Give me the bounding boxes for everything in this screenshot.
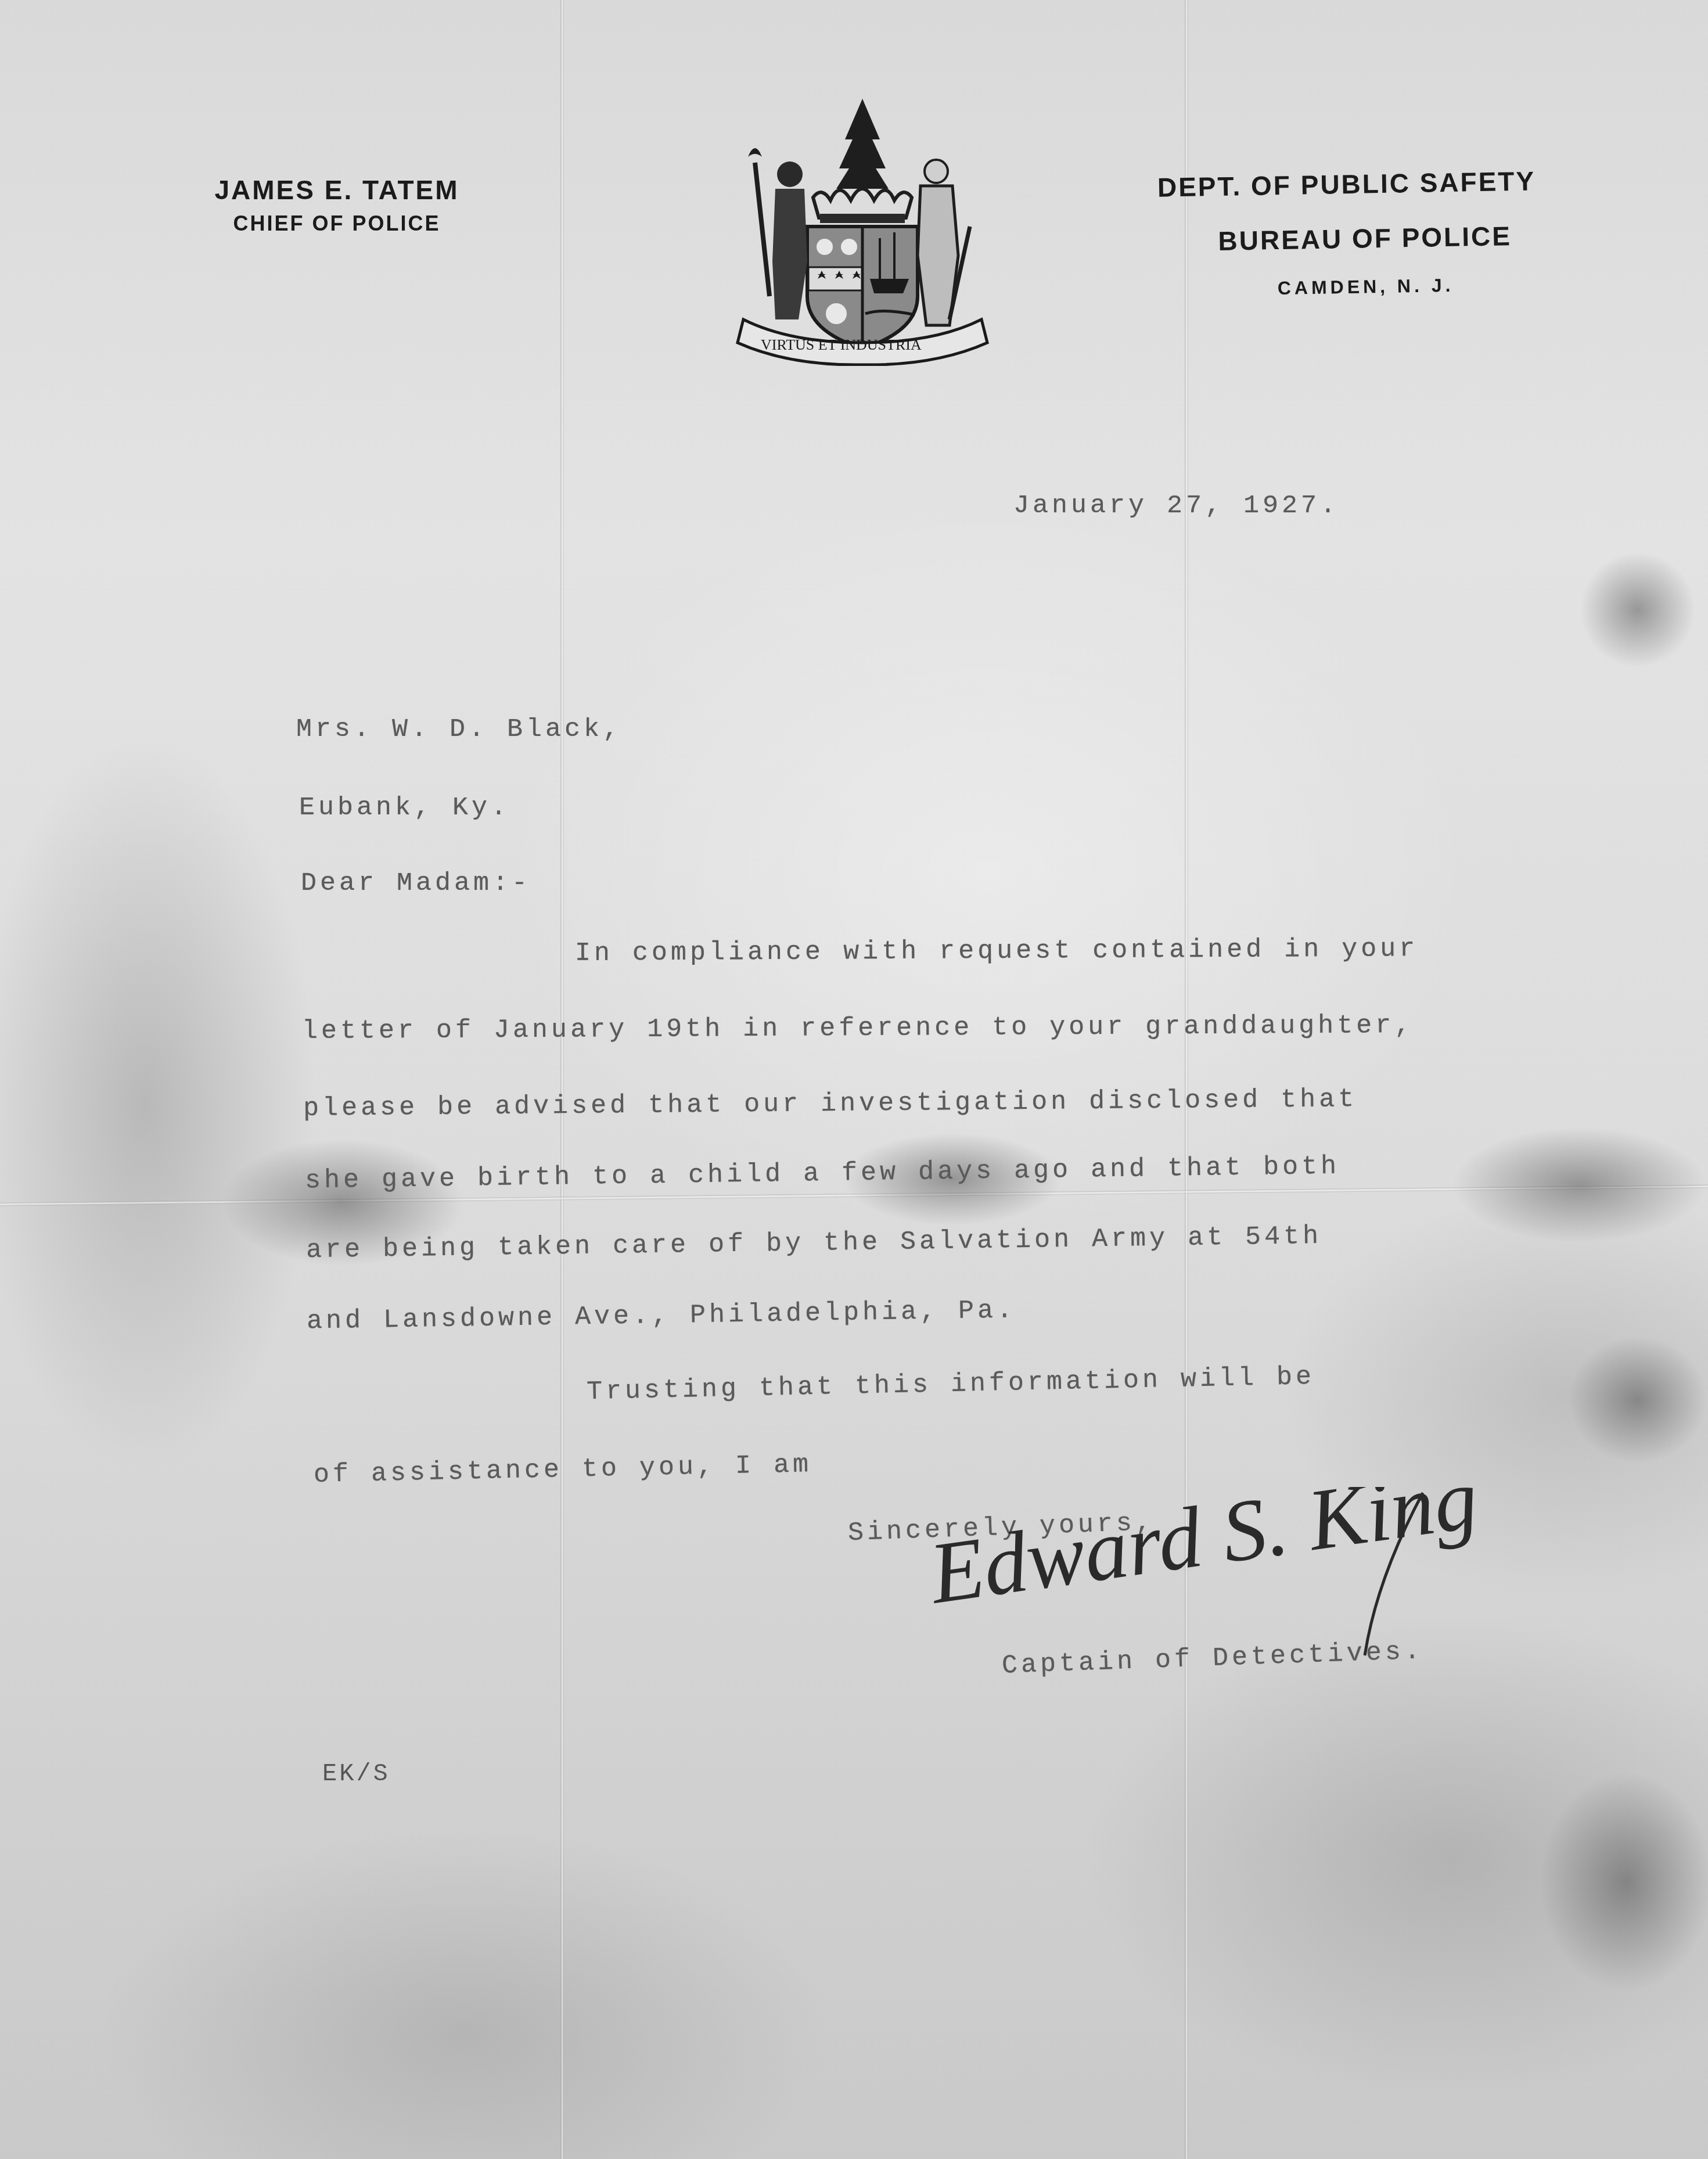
chief-name: JAMES E. TATEM xyxy=(174,174,499,206)
crest-motto: VIRTUS ET INDUSTRIA xyxy=(761,336,922,353)
chief-title: CHIEF OF POLICE xyxy=(174,211,499,236)
salutation: Dear Madam:- xyxy=(301,868,531,898)
body-line: Trusting that this information will be xyxy=(587,1362,1315,1407)
letter-date: January 27, 1927. xyxy=(1013,491,1339,520)
signature-text: Edward S. King xyxy=(923,1487,1483,1622)
body-line: of assistance to you, I am xyxy=(314,1450,812,1490)
stain xyxy=(1568,1336,1707,1464)
signature: Edward S. King xyxy=(923,1487,1533,1661)
body-line: In compliance with request contained in … xyxy=(575,934,1418,968)
stain xyxy=(1539,1772,1708,1992)
letterhead-left: JAMES E. TATEM CHIEF OF POLICE xyxy=(174,174,499,236)
stain xyxy=(1452,1127,1707,1243)
reference-initials: EK/S xyxy=(322,1760,390,1788)
city-name: CAMDEN, N. J. xyxy=(1156,272,1575,301)
body-line: letter of January 19th in reference to y… xyxy=(302,1011,1414,1046)
body-line: and Lansdowne Ave., Philadelphia, Pa. xyxy=(307,1295,1016,1336)
city-coat-of-arms-icon: VIRTUS ET INDUSTRIA xyxy=(720,87,1005,366)
vertical-fold-crease xyxy=(1185,0,1188,2159)
letter-page: JAMES E. TATEM CHIEF OF POLICE xyxy=(0,0,1708,2159)
body-line: are being taken care of by the Salvation… xyxy=(306,1222,1322,1265)
bureau-name: BUREAU OF POLICE xyxy=(1156,219,1574,258)
stain xyxy=(1580,552,1696,668)
body-line: please be advised that our investigation… xyxy=(303,1084,1358,1123)
recipient-name: Mrs. W. D. Black, xyxy=(296,714,622,744)
vertical-fold-crease xyxy=(560,0,564,2159)
letterhead-right: DEPT. OF PUBLIC SAFETY BUREAU OF POLICE … xyxy=(1120,164,1575,302)
recipient-address: Eubank, Ky. xyxy=(299,793,510,822)
